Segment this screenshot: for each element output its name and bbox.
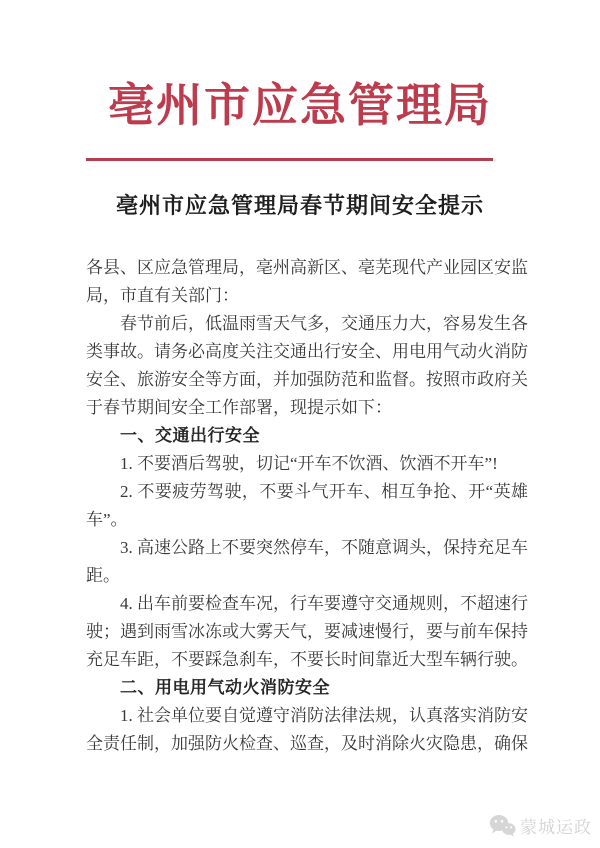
intro-paragraph: 春节前后，低温雨雪天气多，交通压力大，容易发生各类事故。请务必高度关注交通出行安… — [86, 310, 528, 422]
section-2-item-1: 1. 社会单位要自觉遵守消防法律法规，认真落实消防安全责任制，加强防火检查、巡查… — [86, 702, 528, 758]
section-1-item-4: 4. 出车前要检查车况，行车要遵守交通规则，不超速行驶；遇到雨雪冰冻或大雾天气，… — [86, 590, 528, 674]
section-1-item-2: 2. 不要疲劳驾驶，不要斗气开车、相互争抢、开“英雄车”。 — [86, 478, 528, 534]
document-title: 亳州市应急管理局春节期间安全提示 — [0, 191, 600, 221]
document-body: 各县、区应急管理局，亳州高新区、亳芜现代产业园区安监局，市直有关部门： 春节前后… — [0, 254, 600, 758]
wechat-icon — [489, 814, 516, 837]
agency-masthead-title: 亳州市应急管理局 — [0, 0, 600, 138]
masthead-rule — [86, 158, 493, 161]
section-1-item-1: 1. 不要酒后驾驶，切记“开车不饮酒、饮酒不开车”! — [86, 450, 528, 478]
salutation-line: 各县、区应急管理局，亳州高新区、亳芜现代产业园区安监局，市直有关部门： — [86, 254, 528, 310]
section-2-heading: 二、用电用气动火消防安全 — [86, 674, 528, 702]
section-1-item-3: 3. 高速公路上不要突然停车，不随意调头，保持充足车距。 — [86, 534, 528, 590]
scanned-notice-page: 亳州市应急管理局 亳州市应急管理局春节期间安全提示 各县、区应急管理局，亳州高新… — [0, 0, 600, 848]
watermark: 蒙城运政 — [489, 813, 592, 838]
section-1-heading: 一、交通出行安全 — [86, 422, 528, 450]
watermark-label: 蒙城运政 — [520, 813, 592, 838]
